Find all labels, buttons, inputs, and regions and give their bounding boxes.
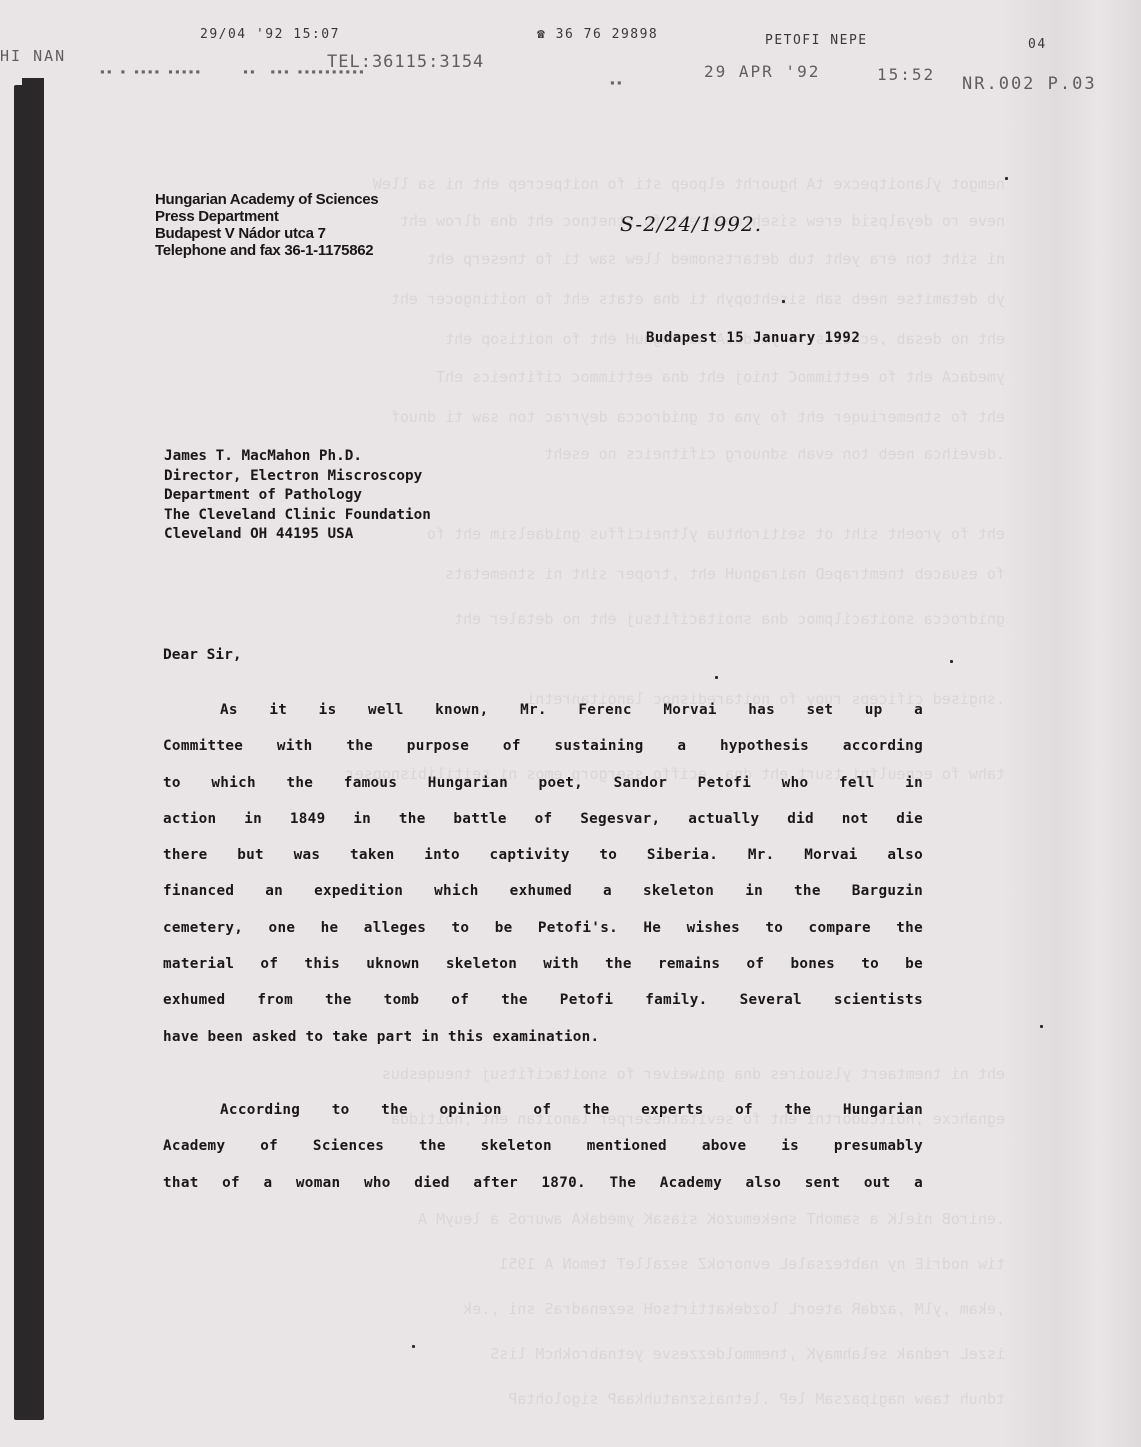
show-through-text: tiw nodriE ny nabtezsaleL evnorokZ sezal…	[125, 1255, 1005, 1273]
body-line: Committee with the purpose of sustaining…	[163, 728, 923, 764]
body-line: there but was taken into captivity to Si…	[163, 837, 923, 873]
show-through-text: ,ekam ,ylM ,azdaR ateorL lozdekattirtsoH…	[125, 1300, 1005, 1318]
show-through-text: eht ni tnemtaert ylsuoires dna gniweiver…	[125, 1065, 1005, 1083]
fax-dotted-line: ▪▪ ▪ ▪▪▪▪ ▪▪▪▪▪ ▪▪ ▪▪▪ ▪▪▪▪▪▪▪▪▪▪	[100, 67, 366, 76]
handwritten-reference-number: S-2/24/1992.	[620, 212, 762, 236]
scan-binding-edge	[14, 85, 44, 1420]
sender-line: Hungarian Academy of Sciences	[155, 191, 378, 208]
show-through-text: iszeL rednak selahmayK ,tnemmoldezzesve …	[125, 1345, 1005, 1363]
fax-mark: ▪▪	[610, 78, 624, 87]
letter-date: Budapest 15 January 1992	[646, 330, 860, 346]
scan-speck	[950, 660, 953, 663]
body-paragraph-2: According to the opinion of the experts …	[163, 1092, 923, 1201]
telephone-icon: ☎	[537, 27, 546, 42]
body-line: According to the opinion of the experts …	[163, 1092, 923, 1128]
body-line: As it is well known, Mr. Ferenc Morvai h…	[163, 692, 923, 728]
scan-shading	[1000, 0, 1141, 1447]
fax-sender-stamp: 29/04 '92 15:07	[200, 27, 340, 42]
sender-line: Press Department	[155, 208, 378, 225]
body-paragraph-1: As it is well known, Mr. Ferenc Morvai h…	[163, 692, 923, 1055]
body-line: action in 1849 in the battle of Segesvar…	[163, 801, 923, 837]
recipient-line: Department of Pathology	[164, 486, 431, 506]
recipient-line: Director, Electron Miscroscopy	[164, 467, 431, 487]
show-through-text: tdnuh taaw nagipazsaM leP .letnaisznatuh…	[125, 1390, 1005, 1408]
body-line: have been asked to take part in this exa…	[163, 1019, 923, 1055]
salutation: Dear Sir,	[163, 647, 242, 663]
fax-page-code: 04	[1028, 37, 1047, 52]
recipient-line: Cleveland OH 44195 USA	[164, 525, 431, 545]
fax-left-id: HI NAN	[0, 47, 66, 65]
fax-receive-time: 15:52	[877, 65, 935, 84]
body-line: to which the famous Hungarian poet, Sand…	[163, 765, 923, 801]
show-through-text: eht fo stnemeriuqer eht fo yna ot gnidro…	[125, 408, 1005, 426]
body-line: exhumed from the tomb of the Petofi fami…	[163, 982, 923, 1018]
show-through-text: fo esuaceb tnemtrapeD nairagnuH eht ,tro…	[125, 565, 1005, 583]
show-through-text: .eniroB nielK a samohT snekemuzoK siasaK…	[125, 1210, 1005, 1228]
body-line: that of a woman who died after 1870. The…	[163, 1165, 923, 1201]
recipient-line: James T. MacMahon Ph.D.	[164, 447, 431, 467]
body-line: financed an expedition which exhumed a s…	[163, 873, 923, 909]
body-line: cemetery, one he alleges to be Petofi's.…	[163, 910, 923, 946]
scan-speck	[1040, 1025, 1043, 1028]
show-through-text: ymedacA eht fo eettimmoC tnioj eht dna e…	[125, 368, 1005, 386]
sender-line: Telephone and fax 36-1-1175862	[155, 242, 378, 259]
recipient-block: James T. MacMahon Ph.D. Director, Electr…	[164, 447, 431, 545]
scan-speck	[715, 676, 718, 679]
sender-block: Hungarian Academy of Sciences Press Depa…	[155, 191, 378, 259]
fax-receive-date: 29 APR '92	[704, 62, 820, 81]
show-through-text: gnidrocca snoitacilpmoc dna snoitacifits…	[125, 610, 1005, 628]
show-through-text: eht no desab ,ecneics fo ymedacA nairagn…	[125, 330, 1005, 348]
body-line: material of this uknown skeleton with th…	[163, 946, 923, 982]
fax-tel-number: TEL:36115:3154	[327, 52, 484, 72]
fax-receive-number: NR.002 P.03	[962, 74, 1097, 94]
scan-speck	[412, 1345, 415, 1348]
body-line: Academy of Sciences the skeleton mention…	[163, 1128, 923, 1164]
recipient-line: The Cleveland Clinic Foundation	[164, 506, 431, 526]
fax-phone-line: ☎ 36 76 29898	[537, 27, 658, 42]
sender-line: Budapest V Nádor utca 7	[155, 225, 378, 242]
fax-station-name: PETOFI NEPE	[765, 33, 868, 48]
show-through-text: yb detamitse neeb sah sisehtopyh ti dna …	[125, 290, 1005, 308]
fax-phone-number: 36 76 29898	[556, 27, 659, 42]
scan-speck	[1005, 177, 1008, 180]
scan-speck	[782, 300, 785, 303]
